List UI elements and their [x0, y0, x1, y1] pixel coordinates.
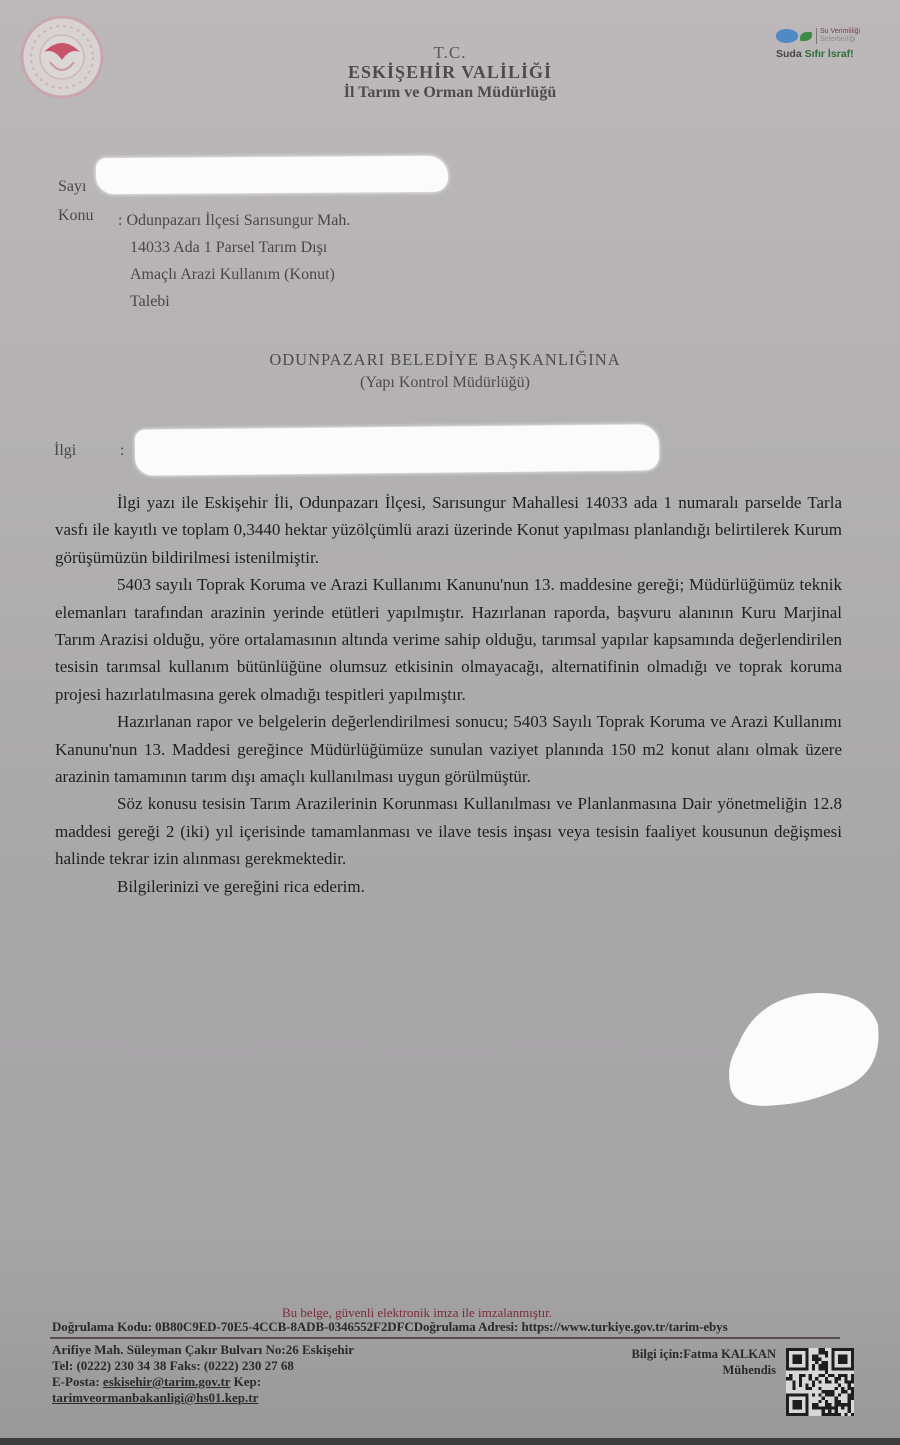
ministry-emblem-icon — [14, 12, 110, 102]
signature-redaction — [718, 985, 883, 1120]
body-paragraph: Söz konusu tesisin Tarım Arazilerinin Ko… — [55, 790, 842, 872]
sayi-redaction — [96, 156, 448, 194]
letterhead: T.C. ESKİŞEHİR VALİLİĞİ İl Tarım ve Orma… — [270, 44, 630, 103]
letterhead-governorship: ESKİŞEHİR VALİLİĞİ — [270, 62, 630, 83]
water-drop-icon — [776, 29, 798, 43]
verification-address-link[interactable]: https://www.turkiye.gov.tr/tarim-ebys — [521, 1319, 727, 1334]
addressee-department: (Yapı Kontrol Müdürlüğü) — [200, 372, 690, 394]
body-paragraph: İlgi yazı ile Eskişehir İli, Odunpazarı … — [55, 489, 842, 571]
kep-link[interactable]: tarimveormanbakanligi@hs01.kep.tr — [52, 1390, 354, 1406]
letter-body: İlgi yazı ile Eskişehir İli, Odunpazarı … — [55, 489, 842, 900]
sayi-label: Sayı — [58, 178, 86, 196]
body-closing: Bilgilerinizi ve gereğini rica ederim. — [55, 873, 842, 900]
address: Arifiye Mah. Süleyman Çakır Bulvarı No:2… — [52, 1342, 354, 1358]
scanned-letter-page: T.C. ESKİŞEHİR VALİLİĞİ İl Tarım ve Orma… — [0, 0, 900, 1445]
letterhead-tc: T.C. — [270, 44, 630, 62]
leaf-icon — [800, 32, 812, 41]
konu-line: Talebi — [118, 288, 350, 315]
letterhead-directorate: İl Tarım ve Orman Müdürlüğü — [270, 83, 630, 103]
contact-person: Bilgi için:Fatma KALKAN Mühendis — [632, 1346, 776, 1378]
ilgi-colon: : — [120, 442, 124, 460]
footer-divider — [50, 1337, 840, 1339]
konu-line: Amaçlı Arazi Kullanım (Konut) — [118, 261, 350, 288]
konu-subject: : Odunpazarı İlçesi Sarısungur Mah. 1403… — [118, 207, 350, 315]
email-link[interactable]: eskisehir@tarim.gov.tr — [103, 1374, 230, 1389]
addressee: ODUNPAZARI BELEDİYE BAŞKANLIĞINA (Yapı K… — [200, 348, 690, 394]
verification-code: 0B80C9ED-70E5-4CCB-8ADB-0346552F2DFC — [155, 1319, 414, 1334]
body-paragraph: 5403 sayılı Toprak Koruma ve Arazi Kulla… — [55, 571, 842, 708]
phone-fax: Tel: (0222) 230 34 38 Faks: (0222) 230 2… — [52, 1358, 354, 1374]
campaign-slogan: Suda Sıfır İsraf! — [776, 48, 876, 60]
konu-line: : Odunpazarı İlçesi Sarısungur Mah. — [118, 207, 350, 234]
body-paragraph: Hazırlanan rapor ve belgelerin değerlend… — [55, 708, 842, 790]
konu-label: Konu — [58, 207, 94, 225]
scan-bottom-edge — [0, 1438, 900, 1445]
campaign-logo: Su Verimliliği Seferberliği Suda Sıfır İ… — [776, 28, 876, 60]
addressee-name: ODUNPAZARI BELEDİYE BAŞKANLIĞINA — [200, 348, 690, 372]
qr-code-icon — [786, 1348, 854, 1416]
konu-line: 14033 Ada 1 Parsel Tarım Dışı — [118, 234, 350, 261]
contact-info: Arifiye Mah. Süleyman Çakır Bulvarı No:2… — [52, 1342, 354, 1406]
ilgi-redaction — [135, 424, 659, 475]
verification-line: Doğrulama Kodu: 0B80C9ED-70E5-4CCB-8ADB-… — [52, 1319, 728, 1335]
ilgi-label: İlgi — [54, 442, 76, 460]
campaign-small-text: Su Verimliliği Seferberliği — [816, 28, 860, 44]
